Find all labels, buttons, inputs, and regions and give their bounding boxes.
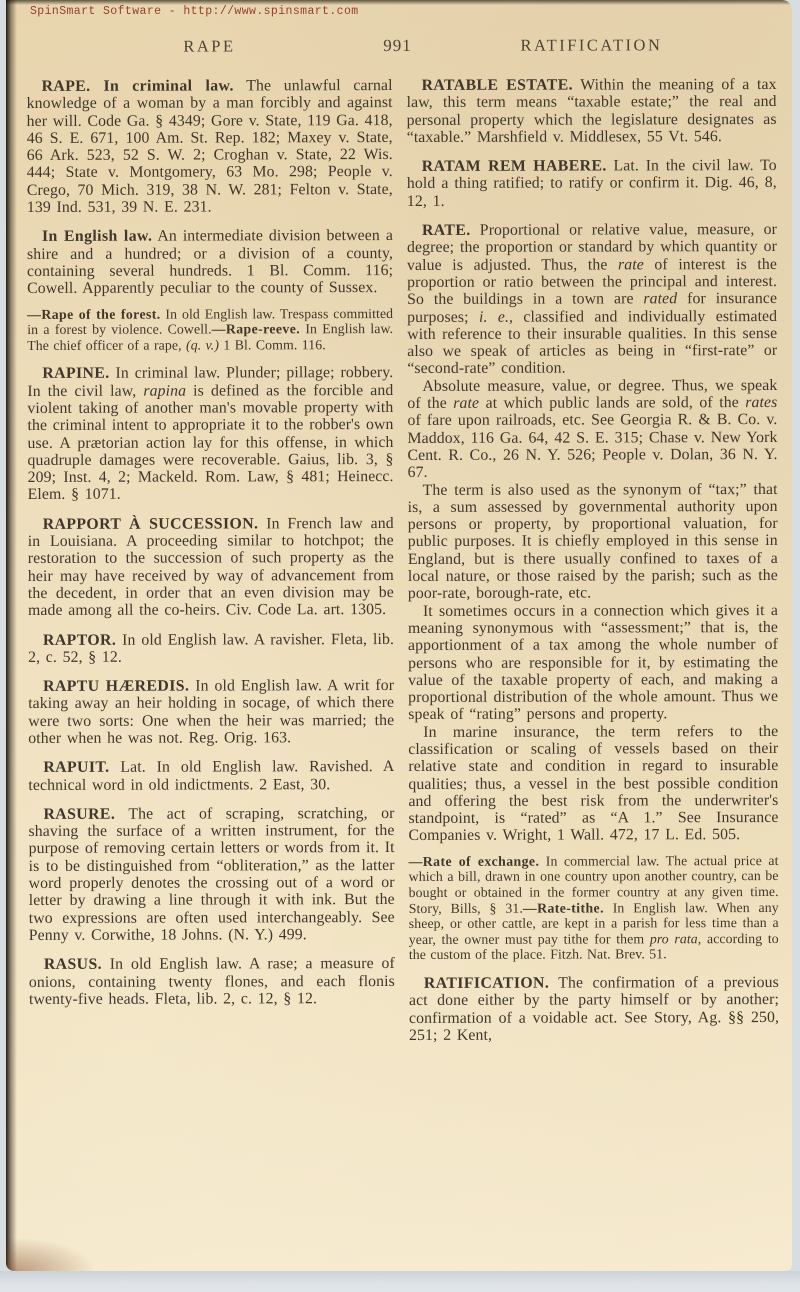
right-column: RATABLE ESTATE. Within the meaning of a … xyxy=(407,76,780,1044)
para-rate-absolute-measure: Absolute measure, value, or degree. Thus… xyxy=(407,377,777,482)
entry-rate: RATE. Proportional or relative value, me… xyxy=(407,221,777,378)
entry-rape-in-english-law: In English law. An intermediate division… xyxy=(27,227,393,297)
entry-ratam-rem-habere: RATAM REM HABERE. Lat. In the civil law.… xyxy=(407,157,777,210)
entry-rasure: RASURE. The act of scraping, scratching,… xyxy=(28,805,394,944)
entry-rapuit: RAPUIT. Lat. In old English law. Ravishe… xyxy=(28,758,394,794)
entry-rape: RAPE. In criminal law. The unlawful carn… xyxy=(27,77,393,216)
para-rate-assessment: It sometimes occurs in a connection whic… xyxy=(408,602,778,724)
entry-rasus: RASUS. In old English law. A rase; a mea… xyxy=(29,955,395,1008)
entry-raptor: RAPTOR. In old English law. A ravisher. … xyxy=(28,631,394,667)
text-columns: RAPE. In criminal law. The unlawful carn… xyxy=(27,76,780,1045)
scanned-page: SpinSmart Software - http://www.spinsmar… xyxy=(6,0,792,1271)
page-number: 991 xyxy=(6,35,790,57)
entry-ratification: RATIFICATION. The confirmation of a prev… xyxy=(409,974,779,1044)
entry-raptu-haeredis: RAPTU HÆREDIS. In old English law. A wri… xyxy=(28,677,394,747)
left-column: RAPE. In criminal law. The unlawful carn… xyxy=(27,77,396,1045)
page-content: RAPE 991 RATIFICATION RAPE. In criminal … xyxy=(6,0,792,1271)
subentry-rate-of-exchange: —Rate of exchange. In commercial law. Th… xyxy=(409,853,779,963)
entry-rapport-a-succession: RAPPORT À SUCCESSION. In French law and … xyxy=(28,515,394,620)
entry-rapine: RAPINE. In criminal law. Plunder; pillag… xyxy=(27,364,393,503)
running-head: RAPE 991 RATIFICATION xyxy=(26,35,776,57)
scanner-background xyxy=(0,1271,800,1292)
subentry-rape-of-the-forest: —Rape of the forest. In old English law.… xyxy=(27,306,393,354)
entry-ratable-estate: RATABLE ESTATE. Within the meaning of a … xyxy=(407,76,777,146)
para-rate-marine-insurance: In marine insurance, the term refers to … xyxy=(408,723,778,845)
para-rate-synonym-of-tax: The term is also used as the synonym of … xyxy=(408,481,778,603)
